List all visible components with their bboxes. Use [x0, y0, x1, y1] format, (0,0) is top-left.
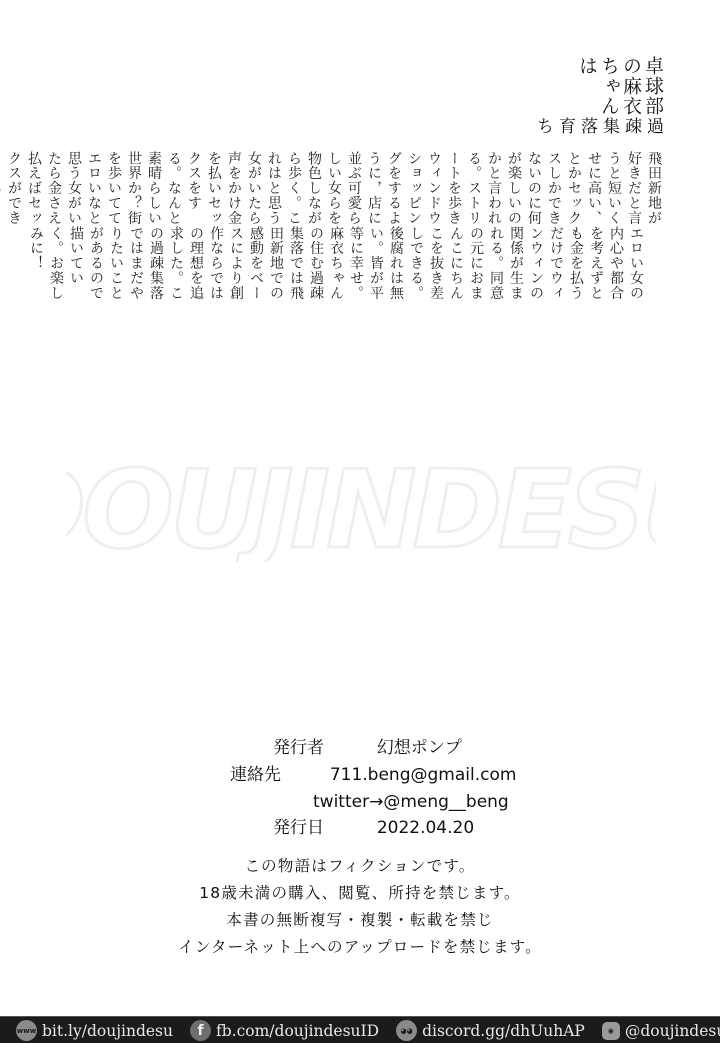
contact-row: 連絡先 711.beng@gmail.com [230, 763, 516, 787]
discord-icon: ◕◕ [396, 1020, 417, 1041]
footer-link-bar: www bit.ly/doujindesu f fb.com/doujindes… [0, 1016, 720, 1043]
afterword-paragraph-2: エロい女の内心や都合を考えずとも金を払うだけでウィンウィンの関係が生まれる。同意… [0, 226, 646, 301]
footer-link-label: bit.ly/doujindesu [42, 1022, 173, 1040]
footer-link-label: @doujindesu18 [625, 1022, 720, 1040]
instagram-icon: ◉ [602, 1022, 620, 1040]
paragraph-text: エロい女の内心や都合を考えずとも金を払うだけでウィンウィンの関係が生まれる。同意… [26, 226, 646, 301]
contact-email: 711.beng@gmail.com [330, 765, 517, 785]
notice-line: 本書の無断複写・複製・転載を禁じ [0, 907, 720, 934]
twitter-row: twitter→@meng__beng [313, 790, 509, 814]
footer-link-facebook[interactable]: f fb.com/doujindesuID [190, 1020, 379, 1041]
notice-line: インターネット上へのアップロードを禁じます。 [0, 934, 720, 961]
date-value: 2022.04.20 [377, 818, 474, 838]
publisher-value: 幻想ポンプ [377, 738, 462, 758]
publisher-row: 発行者 幻想ポンプ [273, 736, 462, 760]
footer-link-label: fb.com/doujindesuID [216, 1022, 379, 1040]
svg-text:DOUJINDESU: DOUJINDESU [66, 452, 656, 562]
paragraph-text: 飛田新地が好きだと言うと短いくせに高い、とかセックスしかできないのに何が楽しいの… [0, 151, 664, 226]
notice-line: この物語はフィクションです。 [0, 853, 720, 880]
legal-notice: この物語はフィクションです。 18歳未満の購入、閲覧、所持を禁じます。 本書の無… [0, 853, 720, 961]
globe-icon: www [16, 1020, 37, 1041]
doujindesu-watermark-logo: DOUJINDESU [66, 452, 656, 562]
notice-line: 18歳未満の購入、閲覧、所持を禁じます。 [0, 880, 720, 907]
footer-link-discord[interactable]: ◕◕ discord.gg/dhUuhAP [396, 1020, 585, 1041]
afterword-text: 卓球部の麻衣ちゃんは 過疎集落育ち 飛田新地が好きだと言うと短いくせに高い、とか… [0, 56, 664, 301]
footer-link-label: discord.gg/dhUuhAP [422, 1022, 585, 1040]
publisher-label: 発行者 [273, 736, 324, 760]
date-label: 発行日 [273, 816, 324, 840]
date-row: 発行日 2022.04.20 [273, 816, 474, 840]
afterword-title: 卓球部の麻衣ちゃんは [642, 56, 664, 117]
footer-link-instagram[interactable]: ◉ @doujindesu18 [602, 1022, 720, 1040]
afterword-paragraph-1: 飛田新地が好きだと言うと短いくせに高い、とかセックスしかできないのに何が楽しいの… [0, 151, 664, 226]
contact-label: 連絡先 [230, 763, 281, 787]
footer-link-website[interactable]: www bit.ly/doujindesu [16, 1020, 173, 1041]
afterword-subtitle: 過疎集落育ち [642, 117, 664, 150]
contact-twitter: twitter→@meng__beng [313, 792, 509, 812]
facebook-icon: f [190, 1020, 211, 1041]
